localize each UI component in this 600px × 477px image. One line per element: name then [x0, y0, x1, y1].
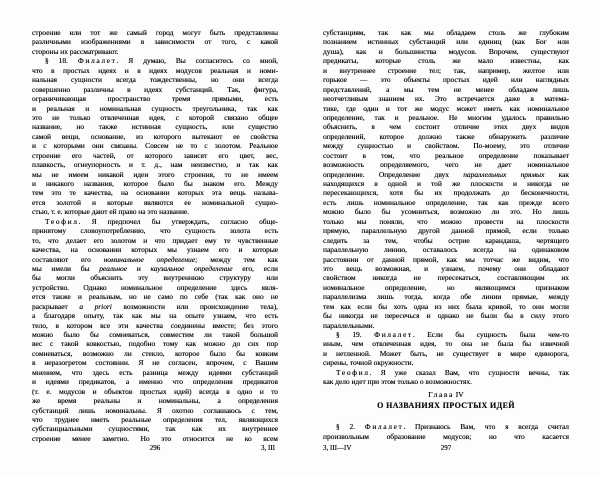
text-segment: между тем как [197, 255, 278, 264]
text-segment: мы имели бы [32, 264, 99, 273]
left-page: строение или тот же самый город могут бы… [32, 28, 278, 443]
text-line: душа), как и большинства модусов. Впроче… [323, 47, 569, 56]
right-page-number: 297 [323, 444, 569, 452]
text-line: строение его частей, от которого зависят… [32, 151, 278, 160]
text-line: стороны их рассматривают. [32, 47, 278, 56]
scanned-book-spread: { "book": { "left_page": { "page_number"… [0, 0, 600, 477]
chapter-kicker: Глава IV [323, 390, 569, 400]
text-line: в неразогретом состоянии. Я не согласен,… [32, 358, 278, 367]
text-line: же время реальны и номинальны, а определ… [32, 396, 278, 405]
text-line: название, но также истинная сущность, ил… [32, 122, 278, 131]
text-line: принятому словоупотреблению, что сущност… [32, 226, 278, 235]
left-page-footer: 296 3, III [32, 444, 278, 452]
italic-phrase: каузальное определение [150, 264, 232, 273]
text-line: и с которыми они связаны. Совсем не то с… [32, 141, 278, 150]
text-line: качества, на основании которых мы узнаем… [32, 245, 278, 254]
text-segment: § 19. [336, 330, 374, 339]
text-segment: и [127, 264, 150, 273]
text-line: тело, в котором все эти качества соедине… [32, 321, 278, 330]
text-line: тике, где один и тот же модус может имет… [323, 104, 569, 113]
text-line: устройство. Однако номинальное определен… [32, 283, 278, 292]
text-line: сомневаться, возможно ли стекло, которое… [32, 349, 278, 358]
text-line: объяснить, в чем состоит отличие этих дв… [323, 122, 569, 131]
text-segment: § 18. [45, 56, 78, 65]
text-line: § 19. Филалет. Если бы сущность была чем… [323, 330, 569, 339]
text-line: следить за тем, чтобы острие карандаша, … [323, 236, 569, 245]
text-line: § 18. Филалет. Я думаю, Вы согласитесь с… [32, 56, 278, 65]
right-page-signature: 3, III—IV [323, 444, 351, 452]
text-line: определение, так и реальное. Не многим у… [323, 113, 569, 122]
spaced-name: Теофил [45, 217, 79, 226]
text-line: нальная сущности всегда тождественны, но… [32, 75, 278, 84]
text-line: мы не имеем никакой идеи этого строения,… [32, 170, 278, 179]
text-line: есть лишь номинальное определение, так к… [323, 198, 569, 207]
text-line: тем это те качества, на основании которы… [32, 188, 278, 197]
text-line: неотчетливым знанием их. Это встречается… [323, 94, 569, 103]
text-line: то, что делает его золотом и что придает… [32, 236, 278, 245]
text-line: ограничивающая пространство тремя прямым… [32, 94, 278, 103]
spaced-name: Глава [428, 390, 454, 399]
text-line: бы могли объяснить эту внутреннюю структ… [32, 273, 278, 282]
text-segment: § 2. [336, 422, 365, 431]
text-line: свойством никогда не пересекаться, соста… [323, 273, 569, 282]
text-line: только мы поняли, что можно провести на … [323, 217, 569, 226]
text-line: произвольным образование модусов; но что… [323, 432, 569, 441]
text-line: субстанциальными сущностями, так как их … [32, 424, 278, 433]
italic-phrase: параллельных прямых [463, 170, 544, 179]
text-line: определений, которое должно также обнару… [323, 132, 569, 141]
text-line: мы имели бы реальное и каузальное опреде… [32, 264, 278, 273]
text-line: параллельными. [323, 321, 569, 330]
text-line: самой вещи, основание, из которого вытек… [32, 132, 278, 141]
left-page-text: строение или тот же самый город могут бы… [32, 28, 278, 443]
left-page-number: 296 [32, 444, 278, 452]
text-line: ется золотой и которые являются ее номин… [32, 198, 278, 207]
chapter-title: О НАЗВАНИЯХ ПРОСТЫХ ИДЕЙ [323, 401, 569, 411]
text-line: параллелизма лишь тогда, когда обе линии… [323, 292, 569, 301]
text-segment: . Я предпочел бы утверждать, согласно об… [79, 217, 278, 226]
text-line: строение менее заметно. Но это относится… [32, 434, 278, 443]
text-line: и реальная и номинальная сущность треуго… [32, 104, 278, 113]
text-line: и никакого названия, которое было бы зна… [32, 179, 278, 188]
text-line: различными изображениями в зависимости о… [32, 37, 278, 46]
text-line: и идеями предикатов, а именно что опреде… [32, 377, 278, 386]
text-segment: . Я уже сказал Вам, что сущности вечны, … [370, 368, 569, 377]
text-line: и внутреннее строение тел; так, например… [323, 66, 569, 75]
right-page-footer: 297 3, III—IV [323, 444, 569, 452]
text-line: представлений, а мы тем не менее обладае… [323, 85, 569, 94]
text-segment: возможности или происхождение тела), [112, 302, 278, 311]
text-line: пересекающихся, хотя бы их продолжать до… [323, 188, 569, 197]
text-line: Теофил. Я предпочел бы утверждать, согла… [32, 217, 278, 226]
text-line: определение. Определение двух параллельн… [323, 170, 569, 179]
text-line: номинальное определение, но являющимся п… [323, 283, 569, 292]
spaced-name: Теофил [336, 368, 370, 377]
text-line: раскрывает a priori возможности или прои… [32, 302, 278, 311]
text-line: а благодаря опыту, так как мы на опыте у… [32, 311, 278, 320]
text-line: возможность определяемого, чего не дает … [323, 160, 569, 169]
text-line: параллельную линию, оставалось всегда на… [323, 245, 569, 254]
right-page: субстанциям, так как мы обладаем столь ж… [323, 28, 569, 441]
text-line: и нетленной. Может быть, не существует в… [323, 349, 569, 358]
text-line: расстоянии от данной прямой, как мы тотч… [323, 255, 569, 264]
text-line: Теофил. Я уже сказал Вам, что сущности в… [323, 368, 569, 377]
text-line: иным, чем отвлеченная идея, то она не бы… [323, 339, 569, 348]
text-segment: . Признаюсь Вам, что я всегда считал [403, 422, 569, 431]
text-line: субстанциям, так как мы обладаем столь ж… [323, 28, 569, 37]
text-line: плавкость, огнеупорность и т. д., нам не… [32, 160, 278, 169]
spaced-name: Филалет [78, 56, 117, 65]
text-segment: составляют его [32, 255, 104, 264]
text-line: мнением, что здесь есть разница между ид… [32, 368, 278, 377]
italic-phrase: номинальное определение; [104, 255, 198, 264]
text-line: совершенно различны в идеях субстанций. … [32, 85, 278, 94]
text-line: что в простых идеях и в идеях модусов ре… [32, 66, 278, 75]
text-segment: определение. Определение двух [323, 170, 463, 179]
text-line: можно было бы усомниться, возможно ли эт… [323, 207, 569, 216]
text-line: это не только отвлеченная идея, с которо… [32, 113, 278, 122]
text-segment: IV [454, 390, 464, 399]
text-line: прямую, параллельную другой данной прямо… [323, 226, 569, 235]
text-segment: . Я думаю, Вы согласитесь со мной, [117, 56, 279, 65]
text-line: строение или тот же самый город могут бы… [32, 28, 278, 37]
italic-phrase: a priori [79, 302, 112, 311]
left-page-signature: 3, III [261, 444, 275, 452]
text-line: стью, т. е. которые дают ей право на это… [32, 207, 278, 216]
text-line: состоит в том, что реальное определение … [323, 151, 569, 160]
right-page-text-top: субстанциям, так как мы обладаем столь ж… [323, 28, 569, 387]
text-line: горькое — это объекты простых идей или н… [323, 75, 569, 84]
text-line: сирены, точной окружности. [323, 358, 569, 367]
text-line: между сущностью и свойством. По-моему, э… [323, 141, 569, 150]
spaced-name: Филалет [374, 330, 413, 339]
text-line: ется также и реальным, но не само по себ… [32, 292, 278, 301]
text-line: как дело идет при этом только о возможно… [323, 377, 569, 386]
text-line: предикаты, которые столь же мало известн… [323, 56, 569, 65]
text-line: (т. е. модусов и объектов простых идей) … [32, 387, 278, 396]
text-line: вес с такой ковкостью, подобно тому как … [32, 339, 278, 348]
text-line: находящихся в одной и той же плоскости и… [323, 179, 569, 188]
text-segment: как [544, 170, 569, 179]
text-line: тем как если бы хоть одна из них была кр… [323, 302, 569, 311]
text-line: познанием истинных субстанций или единиц… [323, 37, 569, 46]
text-segment: раскрывает [32, 302, 79, 311]
text-segment: . Если бы сущность была чем-то [413, 330, 569, 339]
text-line: субстанций лишь номинальны. Я охотно сог… [32, 406, 278, 415]
spaced-name: Филалет [365, 422, 404, 431]
text-line: § 2. Филалет. Признаюсь Вам, что я всегд… [323, 422, 569, 431]
text-line: что труднее иметь реальные определения т… [32, 415, 278, 424]
text-line: составляют его номинальное определение; … [32, 255, 278, 264]
text-line: можно было бы сомневаться, совместим ли … [32, 330, 278, 339]
text-line: бы никогда не пересечься и однако не был… [323, 311, 569, 320]
text-line: это вещь возможная, и узнаем, почему они… [323, 264, 569, 273]
right-page-text-bottom: § 2. Филалет. Признаюсь Вам, что я всегд… [323, 422, 569, 441]
text-segment: его, если [233, 264, 279, 273]
italic-phrase: реальное [99, 264, 127, 273]
